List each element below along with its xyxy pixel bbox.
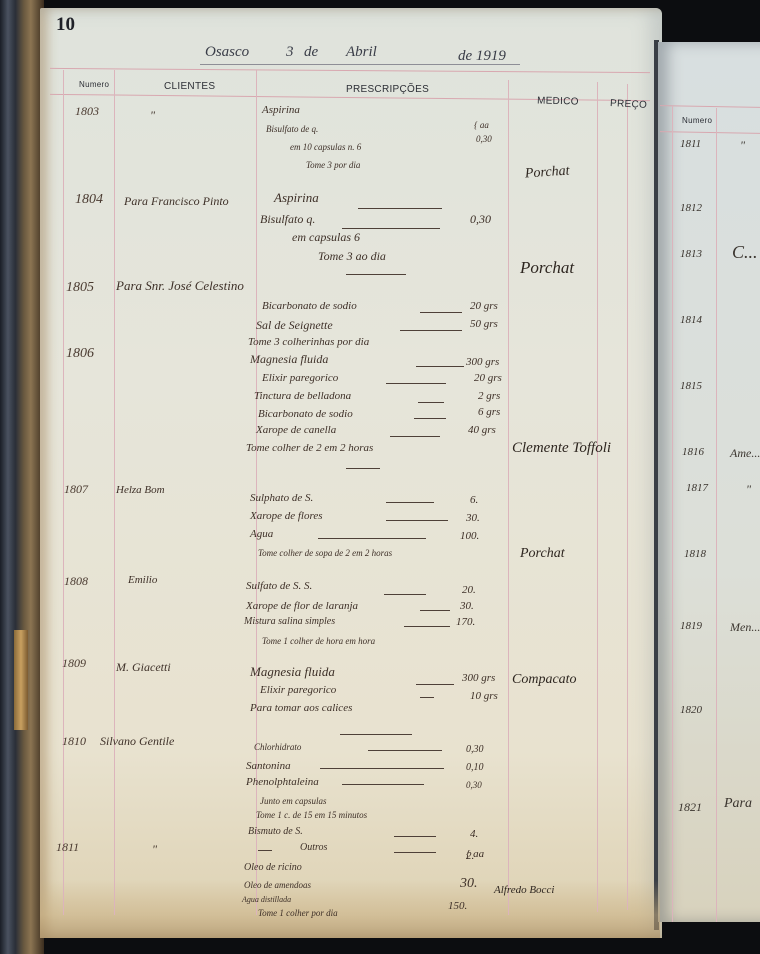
qty: 10 grs (470, 690, 498, 702)
rx-line: Santonina (246, 760, 291, 772)
entry-cliente: Helza Bom (116, 484, 165, 496)
rx-line: Tome 3 ao dia (318, 249, 386, 264)
dateline: Osasco 3 de Abril de 1919 (200, 44, 530, 68)
rx-line: Sulfato de S. S. (246, 580, 312, 592)
rx-line: Bismuto de S. (248, 826, 303, 837)
medico-signature: Porchat (520, 258, 574, 278)
facing-numero: 1814 (680, 314, 702, 326)
medico-signature: Porchat (520, 546, 565, 562)
qty: 40 grs (468, 424, 496, 436)
qty: 50 grs (470, 318, 498, 330)
dash-rule (358, 208, 442, 209)
rx-line: Tome colher de 2 em 2 horas (246, 442, 373, 454)
entry-cliente: Para Snr. José Celestino (116, 276, 256, 296)
rx-line: Chlorhidrato (254, 742, 301, 752)
date-month: Abril (346, 44, 377, 61)
dash-rule (320, 768, 444, 769)
facing-cliente: Para (724, 796, 752, 812)
qty: 30. (466, 512, 480, 524)
date-de: de (304, 44, 318, 61)
qty: 6 grs (478, 406, 500, 418)
rx-line: Agua (250, 528, 273, 540)
rx-line: Bicarbonato de sodio (262, 300, 357, 312)
qty: 2 grs (478, 390, 500, 402)
dash-rule (346, 274, 406, 275)
facing-col-rule (716, 108, 717, 922)
qty: 300 grs (466, 356, 499, 368)
rx-line: Tome 3 colherinhas por dia (248, 336, 369, 348)
dash-rule (384, 594, 426, 595)
rx-line: em 10 capsulas n. 6 (290, 142, 361, 152)
medico-signature: Porchat (524, 163, 570, 182)
medico-signature: Alfredo Bocci (494, 884, 554, 896)
qty: 100. (460, 530, 479, 542)
qty: 30. (460, 876, 478, 892)
facing-numero: 1815 (680, 380, 702, 392)
dash-rule (318, 538, 426, 539)
rx-line: Sal de Seignette (256, 318, 333, 333)
entry-numero: 1807 (64, 482, 88, 497)
dash-rule (420, 610, 450, 611)
rx-line: Bisulfato q. (260, 212, 315, 227)
rx-line: Oleo de amendoas (244, 880, 311, 890)
rx-line: Mistura salina simples (244, 616, 335, 627)
qty: 300 grs (462, 672, 495, 684)
col-header-medico: MEDICO (537, 95, 579, 107)
entry-cliente: Emilio (128, 574, 157, 586)
rx-line: Tome colher de sopa de 2 em 2 horas (258, 548, 392, 558)
facing-numero: 1817 (686, 482, 708, 494)
entry-cliente: " (150, 108, 155, 123)
facing-cliente: " (746, 482, 751, 497)
col-header-prescricoes: PRESCRIPÇÕES (346, 84, 429, 95)
qty: 2. (466, 850, 474, 862)
rx-line: Tome 3 por dia (306, 160, 360, 170)
dash-rule (386, 383, 446, 384)
dateline-rule (200, 64, 520, 65)
entry-cliente: " (152, 842, 157, 857)
rx-line: Agua distillada (242, 895, 291, 904)
facing-cliente: Ame... (730, 446, 760, 461)
facing-numero: 1813 (680, 248, 702, 260)
entry-numero: 1811 (56, 840, 79, 855)
entry-numero: 1809 (62, 656, 86, 671)
facing-margin-rule (672, 106, 673, 922)
rx-line: Oleo de ricino (244, 862, 302, 873)
rx-line: em capsulas 6 (292, 230, 360, 245)
col-rule-preco (627, 84, 628, 910)
dash-rule (418, 402, 444, 403)
dash-rule (420, 312, 462, 313)
rx-line: Phenolphtaleina (246, 776, 319, 788)
date-day: 3 (286, 44, 294, 61)
facing-numero: 1820 (680, 704, 702, 716)
rx-line: Tome 1 colher por dia (258, 908, 338, 918)
qty: 4. (470, 828, 478, 840)
rx-line: Xarope de flores (250, 510, 323, 522)
dash-rule (416, 366, 464, 367)
dash-rule (346, 468, 380, 469)
rx-line: Aspirina (274, 190, 319, 206)
qty: 150. (448, 900, 467, 912)
entry-numero: 1806 (66, 346, 94, 362)
facing-numero: 1819 (680, 620, 702, 632)
rx-line: Magnesia fluida (250, 664, 335, 680)
medico-signature: Compacato (512, 672, 577, 688)
qty: 0,30 (466, 744, 484, 755)
rx-line: Xarope de canella (256, 424, 336, 436)
facing-numero: 1811 (680, 138, 701, 150)
date-year: de 1919 (458, 48, 506, 65)
dash-rule (414, 418, 446, 419)
rx-line: Bisulfato de q. (266, 124, 318, 134)
entry-cliente: M. Giacetti (116, 660, 171, 675)
entry-cliente: Para Francisco Pinto (124, 194, 229, 209)
facing-col-header-numero: Numero (682, 116, 712, 125)
book-binding (0, 0, 44, 954)
qty: 6. (470, 494, 478, 506)
dash-rule (342, 228, 440, 229)
water-stain (40, 880, 660, 938)
rx-line: Aspirina (262, 104, 300, 116)
facing-numero: 1812 (680, 202, 702, 214)
rx-line: Sulphato de S. (250, 492, 313, 504)
dash-rule (404, 626, 450, 627)
qty: 0,10 (466, 762, 484, 773)
ledger-page-right (658, 42, 760, 922)
qty: 20. (462, 584, 476, 596)
entry-cliente: Silvano Gentile (100, 734, 174, 749)
entry-numero: 1810 (62, 734, 86, 749)
dash-rule (420, 697, 434, 698)
date-place: Osasco (205, 44, 249, 61)
entry-numero: 1804 (75, 192, 103, 208)
qty: 20 grs (474, 372, 502, 384)
rx-line: Elixir paregorico (262, 372, 338, 384)
dash-rule (416, 684, 454, 685)
qty: 20 grs (470, 300, 498, 312)
rx-line: Outros (300, 842, 327, 853)
qty: 0,30 (476, 134, 492, 144)
dash-rule (386, 520, 448, 521)
rx-line: Bicarbonato de sodio (258, 408, 353, 420)
rx-line: Tinctura de belladona (254, 390, 351, 402)
col-header-clientes: CLIENTES (164, 81, 215, 92)
dash-rule (368, 750, 442, 751)
col-header-numero: Numero (79, 80, 109, 89)
dash-rule (386, 502, 434, 503)
binding-tab (14, 630, 28, 730)
page-number: 10 (56, 14, 75, 36)
facing-numero: 1821 (678, 800, 702, 815)
entry-numero: 1808 (64, 574, 88, 589)
dash-rule (340, 734, 412, 735)
rx-line: Elixir paregorico (260, 684, 336, 696)
qty: { aa (474, 120, 489, 130)
dash-rule (394, 836, 436, 837)
dash-rule (258, 850, 272, 851)
rx-line: Junto em capsulas (260, 796, 327, 806)
entry-numero: 1805 (66, 280, 94, 296)
medico-signature: Clemente Toffoli (512, 440, 611, 457)
col-rule-prescricoes (508, 80, 509, 915)
rx-line: Tome 1 c. de 15 em 15 minutos (256, 810, 367, 820)
qty: 170. (456, 616, 475, 628)
dash-rule (394, 852, 436, 853)
col-rule-numero (114, 70, 115, 915)
qty: 30. (460, 600, 474, 612)
dash-rule (390, 436, 440, 437)
col-header-preco: PREÇO (610, 98, 648, 111)
rx-line: Magnesia fluida (250, 352, 328, 367)
facing-cliente: " (740, 138, 745, 153)
facing-cliente: C... (732, 242, 758, 263)
facing-numero: 1816 (682, 446, 704, 458)
dash-rule (342, 784, 424, 785)
entry-numero: 1803 (75, 104, 99, 119)
dash-rule (400, 330, 462, 331)
rx-line: Para tomar aos calices (250, 702, 352, 714)
col-rule-medico (597, 82, 598, 912)
rx-line: Tome 1 colher de hora em hora (262, 636, 375, 646)
qty: 0,30 (466, 780, 482, 790)
facing-numero: 1818 (684, 548, 706, 560)
qty: 0,30 (470, 212, 491, 227)
rx-line: Xarope de flor de laranja (246, 600, 358, 612)
facing-cliente: Men... (730, 620, 760, 635)
